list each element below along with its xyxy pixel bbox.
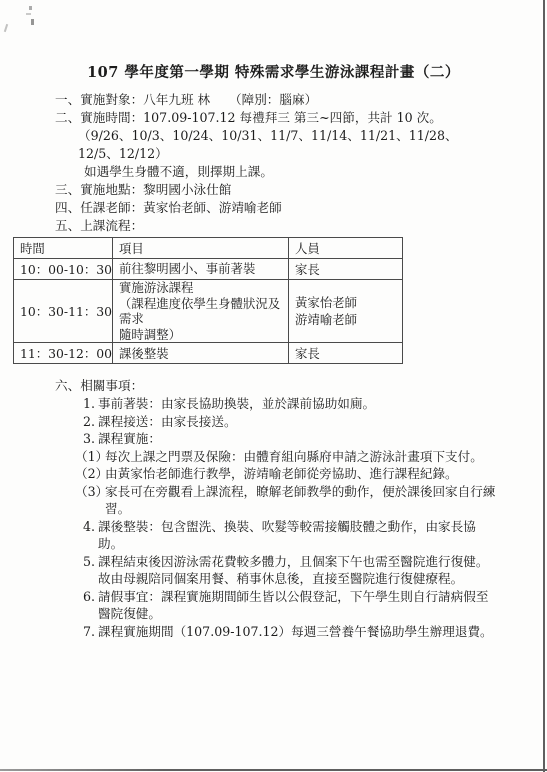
cell-staff: 家長 (289, 259, 403, 280)
section-time: 二、實施時間：107.09-107.12 每禮拜三 第三~四節，共計 10 次。 (55, 109, 497, 127)
item-number: （1） (75, 448, 105, 466)
column-header-time: 時間 (14, 238, 113, 259)
cell-time: 10：00-10：30 (14, 259, 113, 280)
cell-item-line: 課後整裝 (119, 346, 282, 362)
pencil-mark (29, 6, 32, 10)
section-location: 三、實施地點：黎明國小泳仕館 (55, 181, 497, 199)
item-text: 請假事宜：課程實施期間師生皆以公假登記，下午學生則自行請病假至醫院復健。 (98, 588, 497, 623)
item-number: （2） (75, 465, 105, 483)
item-text: 由黃家怡老師進行教學，游靖喻老師從旁協助、進行課程紀錄。 (105, 465, 497, 483)
cell-item: 實施游泳課程 （課程進度依學生身體狀況及需求 隨時調整） (113, 280, 289, 343)
cell-item-line: 前往黎明國小、事前著裝 (119, 261, 282, 277)
item-text: 家長可在旁觀看上課流程，瞭解老師教學的動作，便於課後回家自行練習。 (105, 483, 497, 518)
item-number: 1. (83, 395, 98, 413)
cell-time: 10：30-11：30 (14, 280, 113, 343)
notes-section: 六、相關事項： 1. 事前著裝：由家長協助換裝，並於課前協助如廁。 2. 課程接… (55, 377, 497, 640)
column-header-staff: 人員 (289, 238, 403, 259)
section-time-note: 如遇學生身體不適，則擇期上課。 (55, 163, 497, 181)
item-text: 課程結束後因游泳需花費較多體力，且個案下午也需至醫院進行復健。故由母親陪同個案用… (98, 553, 497, 588)
pencil-mark (4, 24, 8, 32)
note-item-7: 7. 課程實施期間（107.09-107.12）每週三營養午餐協助學生辦理退費。 (83, 623, 497, 641)
section-schedule-heading: 五、上課流程： (55, 217, 497, 235)
note-subitem-3: （3） 家長可在旁觀看上課流程，瞭解老師教學的動作，便於課後回家自行練習。 (75, 483, 497, 518)
cell-staff-line: 黃家怡老師 (295, 294, 396, 311)
cell-item-line: （課程進度依學生身體狀況及需求 (119, 296, 282, 327)
cell-staff: 家長 (289, 343, 403, 364)
cell-item-line: 實施游泳課程 (119, 280, 282, 296)
item-number: 4. (83, 518, 98, 553)
item-text: 課程實施： (98, 430, 497, 448)
document-sections: 一、實施對象：八年九班 林 （障別：腦麻） 二、實施時間：107.09-107.… (55, 91, 497, 235)
pencil-mark (26, 13, 31, 15)
cell-staff-line: 游靖喻老師 (295, 311, 396, 328)
item-text: 課程實施期間（107.09-107.12）每週三營養午餐協助學生辦理退費。 (98, 623, 497, 641)
cell-staff-line: 家長 (295, 345, 396, 362)
table-row: 10：30-11：30 實施游泳課程 （課程進度依學生身體狀況及需求 隨時調整）… (14, 280, 403, 343)
section-target: 一、實施對象：八年九班 林 （障別：腦麻） (55, 91, 497, 109)
item-number: （3） (75, 483, 105, 518)
cell-item: 課後整裝 (113, 343, 289, 364)
schedule-table: 時間 項目 人員 10：00-10：30 前往黎明國小、事前著裝 家長 10：3… (13, 237, 403, 364)
item-number: 5. (83, 553, 98, 588)
item-text: 每次上課之門票及保險：由體育組向縣府申請之游泳計畫項下支付。 (105, 448, 497, 466)
table-header-row: 時間 項目 人員 (14, 238, 403, 259)
note-item-5: 5. 課程結束後因游泳需花費較多體力，且個案下午也需至醫院進行復健。故由母親陪同… (83, 553, 497, 588)
item-number: 2. (83, 413, 98, 431)
item-text: 事前著裝：由家長協助換裝，並於課前協助如廁。 (98, 395, 497, 413)
item-number: 6. (83, 588, 98, 623)
scan-edge-bottom (0, 769, 547, 771)
item-number: 3. (83, 430, 98, 448)
cell-item: 前往黎明國小、事前著裝 (113, 259, 289, 280)
cell-item-line: 隨時調整） (119, 327, 282, 343)
document-title: 107 學年度第一學期 特殊需求學生游泳課程計畫（二） (0, 63, 547, 83)
pencil-mark (31, 19, 34, 25)
table-row: 10：00-10：30 前往黎明國小、事前著裝 家長 (14, 259, 403, 280)
item-text: 課程接送：由家長接送。 (98, 413, 497, 431)
section-teachers: 四、任課老師：黃家怡老師、游靖喻老師 (55, 199, 497, 217)
note-item-6: 6. 請假事宜：課程實施期間師生皆以公假登記，下午學生則自行請病假至醫院復健。 (83, 588, 497, 623)
cell-staff-line: 家長 (295, 261, 396, 278)
note-item-4: 4. 課後整裝：包含盥洗、換裝、吹髮等較需接觸肢體之動作，由家長協助。 (83, 518, 497, 553)
scanned-document: 107 學年度第一學期 特殊需求學生游泳課程計畫（二） 一、實施對象：八年九班 … (0, 0, 547, 772)
item-text: 課後整裝：包含盥洗、換裝、吹髮等較需接觸肢體之動作，由家長協助。 (98, 518, 497, 553)
column-header-item: 項目 (113, 238, 289, 259)
item-number: 7. (83, 623, 98, 641)
note-subitem-2: （2） 由黃家怡老師進行教學，游靖喻老師從旁協助、進行課程紀錄。 (75, 465, 497, 483)
cell-time: 11：30-12：00 (14, 343, 113, 364)
note-item-1: 1. 事前著裝：由家長協助換裝，並於課前協助如廁。 (83, 395, 497, 413)
section-time-dates: （9/26、10/3、10/24、10/31、11/7、11/14、11/21、… (55, 127, 497, 163)
section-notes-heading: 六、相關事項： (55, 377, 497, 395)
note-item-2: 2. 課程接送：由家長接送。 (83, 413, 497, 431)
note-subitem-1: （1） 每次上課之門票及保險：由體育組向縣府申請之游泳計畫項下支付。 (75, 448, 497, 466)
note-item-3: 3. 課程實施： (83, 430, 497, 448)
table-row: 11：30-12：00 課後整裝 家長 (14, 343, 403, 364)
cell-staff: 黃家怡老師 游靖喻老師 (289, 280, 403, 343)
scan-edge-right (543, 0, 545, 772)
